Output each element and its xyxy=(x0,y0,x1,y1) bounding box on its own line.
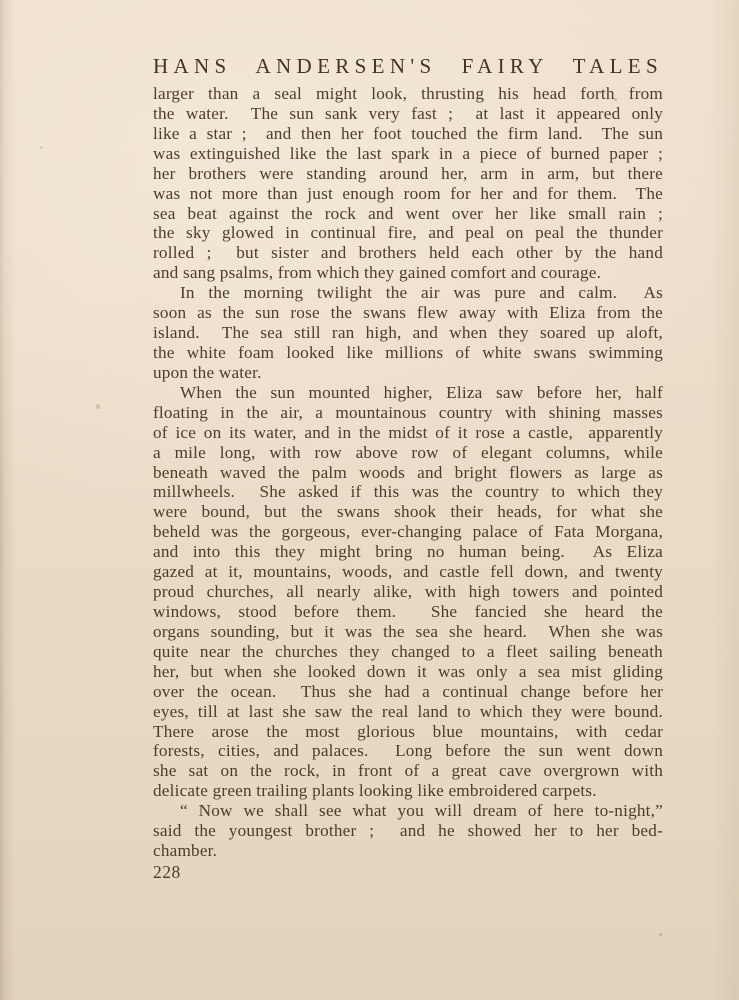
text-line: larger than a seal might look, thrusting… xyxy=(153,84,663,104)
text-line: upon the water. xyxy=(153,363,663,383)
book-page: HANS ANDERSEN'S FAIRY TALES larger than … xyxy=(0,0,739,1000)
paragraph: In the morning twilight the air was pure… xyxy=(153,283,663,383)
text-line: proud churches, all nearly alike, with h… xyxy=(153,582,663,602)
text-line: was not more than just enough room for h… xyxy=(153,184,663,204)
text-line: delicate green trailing plants looking l… xyxy=(153,781,663,801)
text-line: the white foam looked like millions of w… xyxy=(153,343,663,363)
text-line: beheld was the gorgeous, ever-changing p… xyxy=(153,522,663,542)
text-line: forests, cities, and palaces. Long befor… xyxy=(153,741,663,761)
text-line: quite near the churches they changed to … xyxy=(153,642,663,662)
text-line: was extinguished like the last spark in … xyxy=(153,144,663,164)
text-line: chamber. xyxy=(153,841,663,861)
text-line: over the ocean. Thus she had a continual… xyxy=(153,682,663,702)
text-line: the sky glowed in continual fire, and pe… xyxy=(153,223,663,243)
text-line: sea beat against the rock and went over … xyxy=(153,204,663,224)
text-line: she sat on the rock, in front of a great… xyxy=(153,761,663,781)
text-line: of ice on its water, and in the midst of… xyxy=(153,423,663,443)
text-line: like a star ; and then her foot touched … xyxy=(153,124,663,144)
text-line: eyes, till at last she saw the real land… xyxy=(153,702,663,722)
text-line: her, but when she looked down it was onl… xyxy=(153,662,663,682)
text-line: beneath waved the palm woods and bright … xyxy=(153,463,663,483)
text-line: and into this they might bring no human … xyxy=(153,542,663,562)
page-number: 228 xyxy=(153,862,663,882)
paper-speck xyxy=(96,404,100,409)
text-line: millwheels. She asked if this was the co… xyxy=(153,482,663,502)
text-line: gazed at it, mountains, woods, and castl… xyxy=(153,562,663,582)
paragraph: larger than a seal might look, thrusting… xyxy=(153,84,663,283)
text-line: said the youngest brother ; and he showe… xyxy=(153,821,663,841)
text-line: rolled ; but sister and brothers held ea… xyxy=(153,243,663,263)
text-line: and sang psalms, from which they gained … xyxy=(153,263,663,283)
text-line: organs sounding, but it was the sea she … xyxy=(153,622,663,642)
text-line: the water. The sun sank very fast ; at l… xyxy=(153,104,663,124)
paper-speck xyxy=(40,146,43,149)
text-line: were bound, but the swans shook their he… xyxy=(153,502,663,522)
text-line: island. The sea still ran high, and when… xyxy=(153,323,663,343)
text-line: her brothers were standing around her, a… xyxy=(153,164,663,184)
text-line: windows, stood before them. She fancied … xyxy=(153,602,663,622)
text-block: larger than a seal might look, thrusting… xyxy=(153,84,663,882)
paragraph: “ Now we shall see what you will dream o… xyxy=(153,801,663,861)
text-line: “ Now we shall see what you will dream o… xyxy=(153,801,663,821)
text-line: In the morning twilight the air was pure… xyxy=(153,283,663,303)
text-line: There arose the most glorious blue mount… xyxy=(153,722,663,742)
text-line: a mile long, with row above row of elega… xyxy=(153,443,663,463)
running-header: HANS ANDERSEN'S FAIRY TALES xyxy=(153,54,663,78)
paper-speck xyxy=(659,933,662,936)
text-line: floating in the air, a mountainous count… xyxy=(153,403,663,423)
text-line: soon as the sun rose the swans flew away… xyxy=(153,303,663,323)
paragraph: When the sun mounted higher, Eliza saw b… xyxy=(153,383,663,801)
text-line: When the sun mounted higher, Eliza saw b… xyxy=(153,383,663,403)
